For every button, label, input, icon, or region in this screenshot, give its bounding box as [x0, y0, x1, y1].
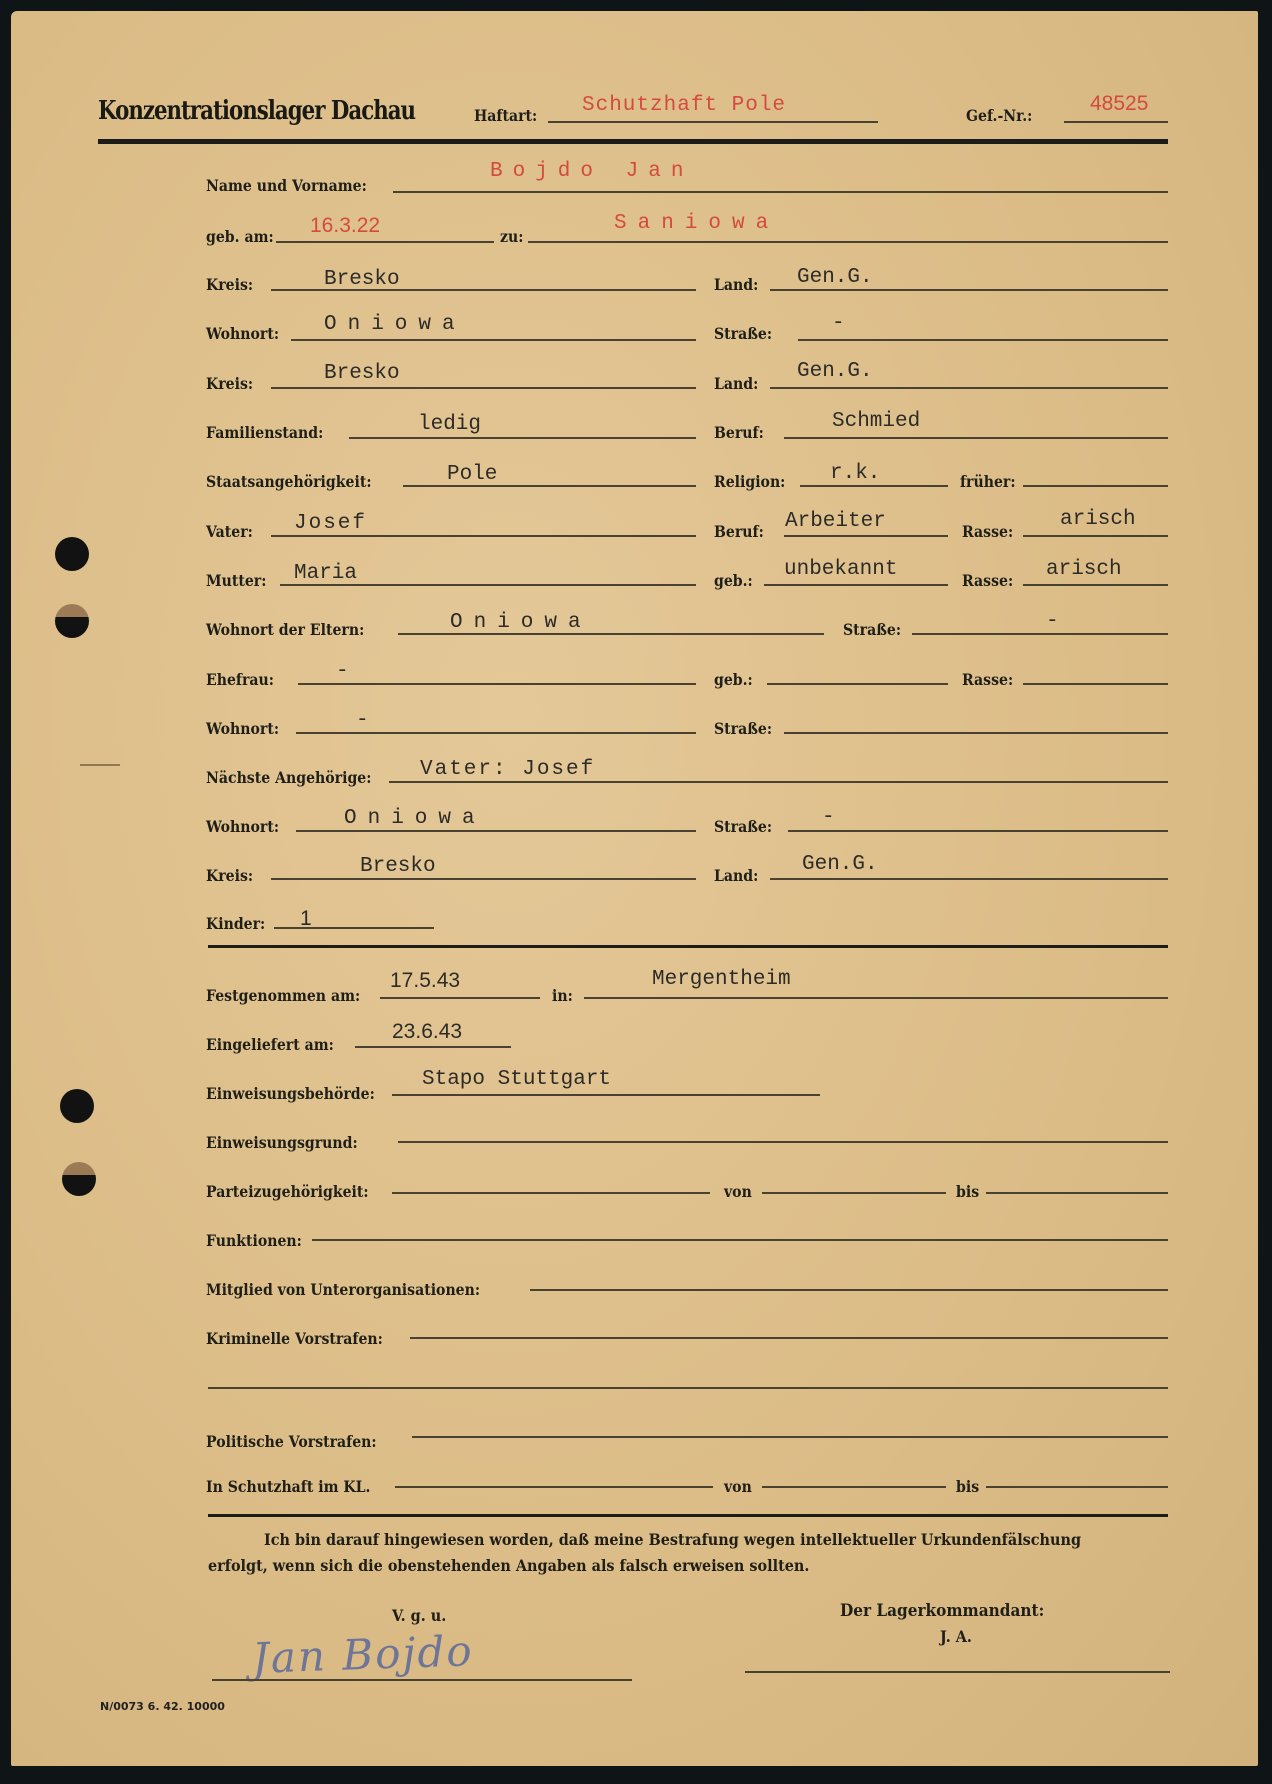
staatsangehoerigkeit-label: Staatsangehörigkeit:: [206, 472, 372, 491]
land-label: Land:: [714, 374, 758, 393]
kreis-value: Bresko: [324, 268, 400, 291]
angehoerige-value: Vater: Josef: [420, 758, 595, 781]
ehefrau-wohnort-value: -: [356, 709, 369, 732]
mitglied-label: Mitglied von Unterorganisationen:: [206, 1280, 480, 1299]
einweisungsbehoerde-label: Einweisungsbehörde:: [206, 1084, 375, 1103]
funktionen-label: Funktionen:: [206, 1231, 302, 1250]
mutter-geb-label: geb.:: [714, 571, 753, 590]
ehefrau-rasse-label: Rasse:: [962, 670, 1013, 689]
statement-line-1: Ich bin darauf hingewiesen worden, daß m…: [264, 1530, 1081, 1549]
ehefrau-value: -: [336, 660, 349, 683]
kreis-label: Kreis:: [206, 374, 253, 393]
ia-label: J. A.: [940, 1627, 972, 1646]
familienstand-label: Familienstand:: [206, 423, 323, 442]
ehefrau-label: Ehefrau:: [206, 670, 274, 689]
statement-line-2: erfolgt, wenn sich die obenstehenden Ang…: [208, 1556, 809, 1575]
gef-nr-label: Gef.-Nr.:: [966, 106, 1032, 125]
angehoerige-land-label: Land:: [714, 866, 758, 885]
kriminelle-vorstrafen-label: Kriminelle Vorstrafen:: [206, 1329, 383, 1348]
mutter-geb-value: unbekannt: [784, 558, 897, 581]
form-title: Konzentrationslager Dachau: [98, 96, 415, 126]
eltern-strasse-label: Straße:: [843, 620, 901, 639]
eingeliefert-value: 23.6.43: [392, 1020, 462, 1044]
vater-beruf-label: Beruf:: [714, 522, 764, 541]
in-label: in:: [552, 986, 573, 1005]
name-label: Name und Vorname:: [206, 176, 367, 195]
kinder-label: Kinder:: [206, 914, 265, 933]
beruf-value: Schmied: [832, 410, 920, 433]
punch-hole: [55, 604, 89, 638]
wohnort-value: Oniowa: [324, 313, 466, 336]
partei-von-label: von: [724, 1182, 752, 1201]
zu-label: zu:: [500, 227, 523, 246]
angehoerige-label: Nächste Angehörige:: [206, 768, 371, 787]
punch-hole: [55, 537, 89, 571]
mutter-rasse-label: Rasse:: [962, 571, 1013, 590]
kinder-value: 1: [300, 907, 312, 931]
staatsangehoerigkeit-value: Pole: [447, 463, 497, 486]
punch-hole: [60, 1089, 94, 1123]
document-page: [11, 11, 1258, 1766]
eltern-strasse-value: -: [1046, 610, 1059, 633]
partei-bis-label: bis: [956, 1182, 979, 1201]
kreis-label: Kreis:: [206, 275, 253, 294]
ehefrau-wohnort-label: Wohnort:: [206, 719, 279, 738]
ehefrau-strasse-label: Straße:: [714, 719, 772, 738]
beruf-label: Beruf:: [714, 423, 764, 442]
vater-beruf-value: Arbeiter: [785, 510, 886, 533]
angehoerige-kreis-value: Bresko: [360, 855, 436, 878]
parteizugehoerigkeit-label: Parteizugehörigkeit:: [206, 1182, 369, 1201]
land-label: Land:: [714, 275, 758, 294]
land-value: Gen.G.: [797, 266, 873, 289]
footer-divider: [208, 1514, 1168, 1517]
festgenommen-value: 17.5.43: [390, 969, 460, 993]
punch-hole: [62, 1162, 96, 1196]
eingeliefert-label: Eingeliefert am:: [206, 1035, 334, 1054]
vater-rasse-value: arisch: [1060, 508, 1136, 531]
einweisungsbehoerde-value: Stapo Stuttgart: [422, 1068, 611, 1091]
eltern-wohnort-label: Wohnort der Eltern:: [206, 620, 364, 639]
mutter-label: Mutter:: [206, 571, 266, 590]
land-value: Gen.G.: [797, 360, 873, 383]
vater-value: Josef: [294, 512, 367, 535]
in-value: Mergentheim: [652, 968, 791, 991]
angehoerige-wohnort-label: Wohnort:: [206, 817, 279, 836]
paper-mark: [80, 764, 120, 766]
lagerkommandant-label: Der Lagerkommandant:: [840, 1601, 1044, 1621]
prisoner-signature: Jan Bojdo: [251, 1626, 474, 1683]
mutter-rasse-value: arisch: [1046, 558, 1122, 581]
gef-nr-value: 48525: [1090, 92, 1148, 116]
familienstand-value: ledig: [418, 413, 481, 436]
angehoerige-land-value: Gen.G.: [802, 853, 878, 876]
mutter-value: Maria: [294, 562, 357, 585]
geb-am-label: geb. am:: [206, 227, 274, 246]
haftart-value: Schutzhaft Pole: [582, 94, 786, 117]
angehoerige-wohnort-value: Oniowa: [344, 807, 486, 830]
geb-am-value: 16.3.22: [310, 214, 380, 238]
angehoerige-kreis-label: Kreis:: [206, 866, 253, 885]
strasse-label: Straße:: [714, 324, 772, 343]
schutzhaft-von-label: von: [724, 1477, 752, 1496]
schutzhaft-bis-label: bis: [956, 1477, 979, 1496]
header-rule: [98, 139, 1168, 144]
vgu-label: V. g. u.: [392, 1606, 446, 1625]
section-divider: [208, 945, 1168, 948]
haftart-label: Haftart:: [474, 106, 537, 125]
ehefrau-geb-label: geb.:: [714, 670, 753, 689]
vater-label: Vater:: [206, 522, 253, 541]
religion-label: Religion:: [714, 472, 785, 491]
angehoerige-strasse-label: Straße:: [714, 817, 772, 836]
strasse-value: -: [832, 312, 845, 335]
name-value: Bojdo Jan: [490, 160, 693, 183]
frueher-label: früher:: [960, 472, 1016, 491]
form-number: N/0073 6. 42. 10000: [100, 1700, 225, 1713]
kreis-value: Bresko: [324, 362, 400, 385]
religion-value: r.k.: [830, 462, 880, 485]
festgenommen-label: Festgenommen am:: [206, 986, 360, 1005]
schutzhaft-label: In Schutzhaft im KL.: [206, 1477, 370, 1496]
vater-rasse-label: Rasse:: [962, 522, 1013, 541]
wohnort-label: Wohnort:: [206, 324, 279, 343]
angehoerige-strasse-value: -: [822, 806, 835, 829]
politische-vorstrafen-label: Politische Vorstrafen:: [206, 1432, 377, 1451]
zu-value: Saniowa: [614, 212, 779, 235]
eltern-wohnort-value: Oniowa: [450, 611, 592, 634]
einweisungsgrund-label: Einweisungsgrund:: [206, 1133, 358, 1152]
